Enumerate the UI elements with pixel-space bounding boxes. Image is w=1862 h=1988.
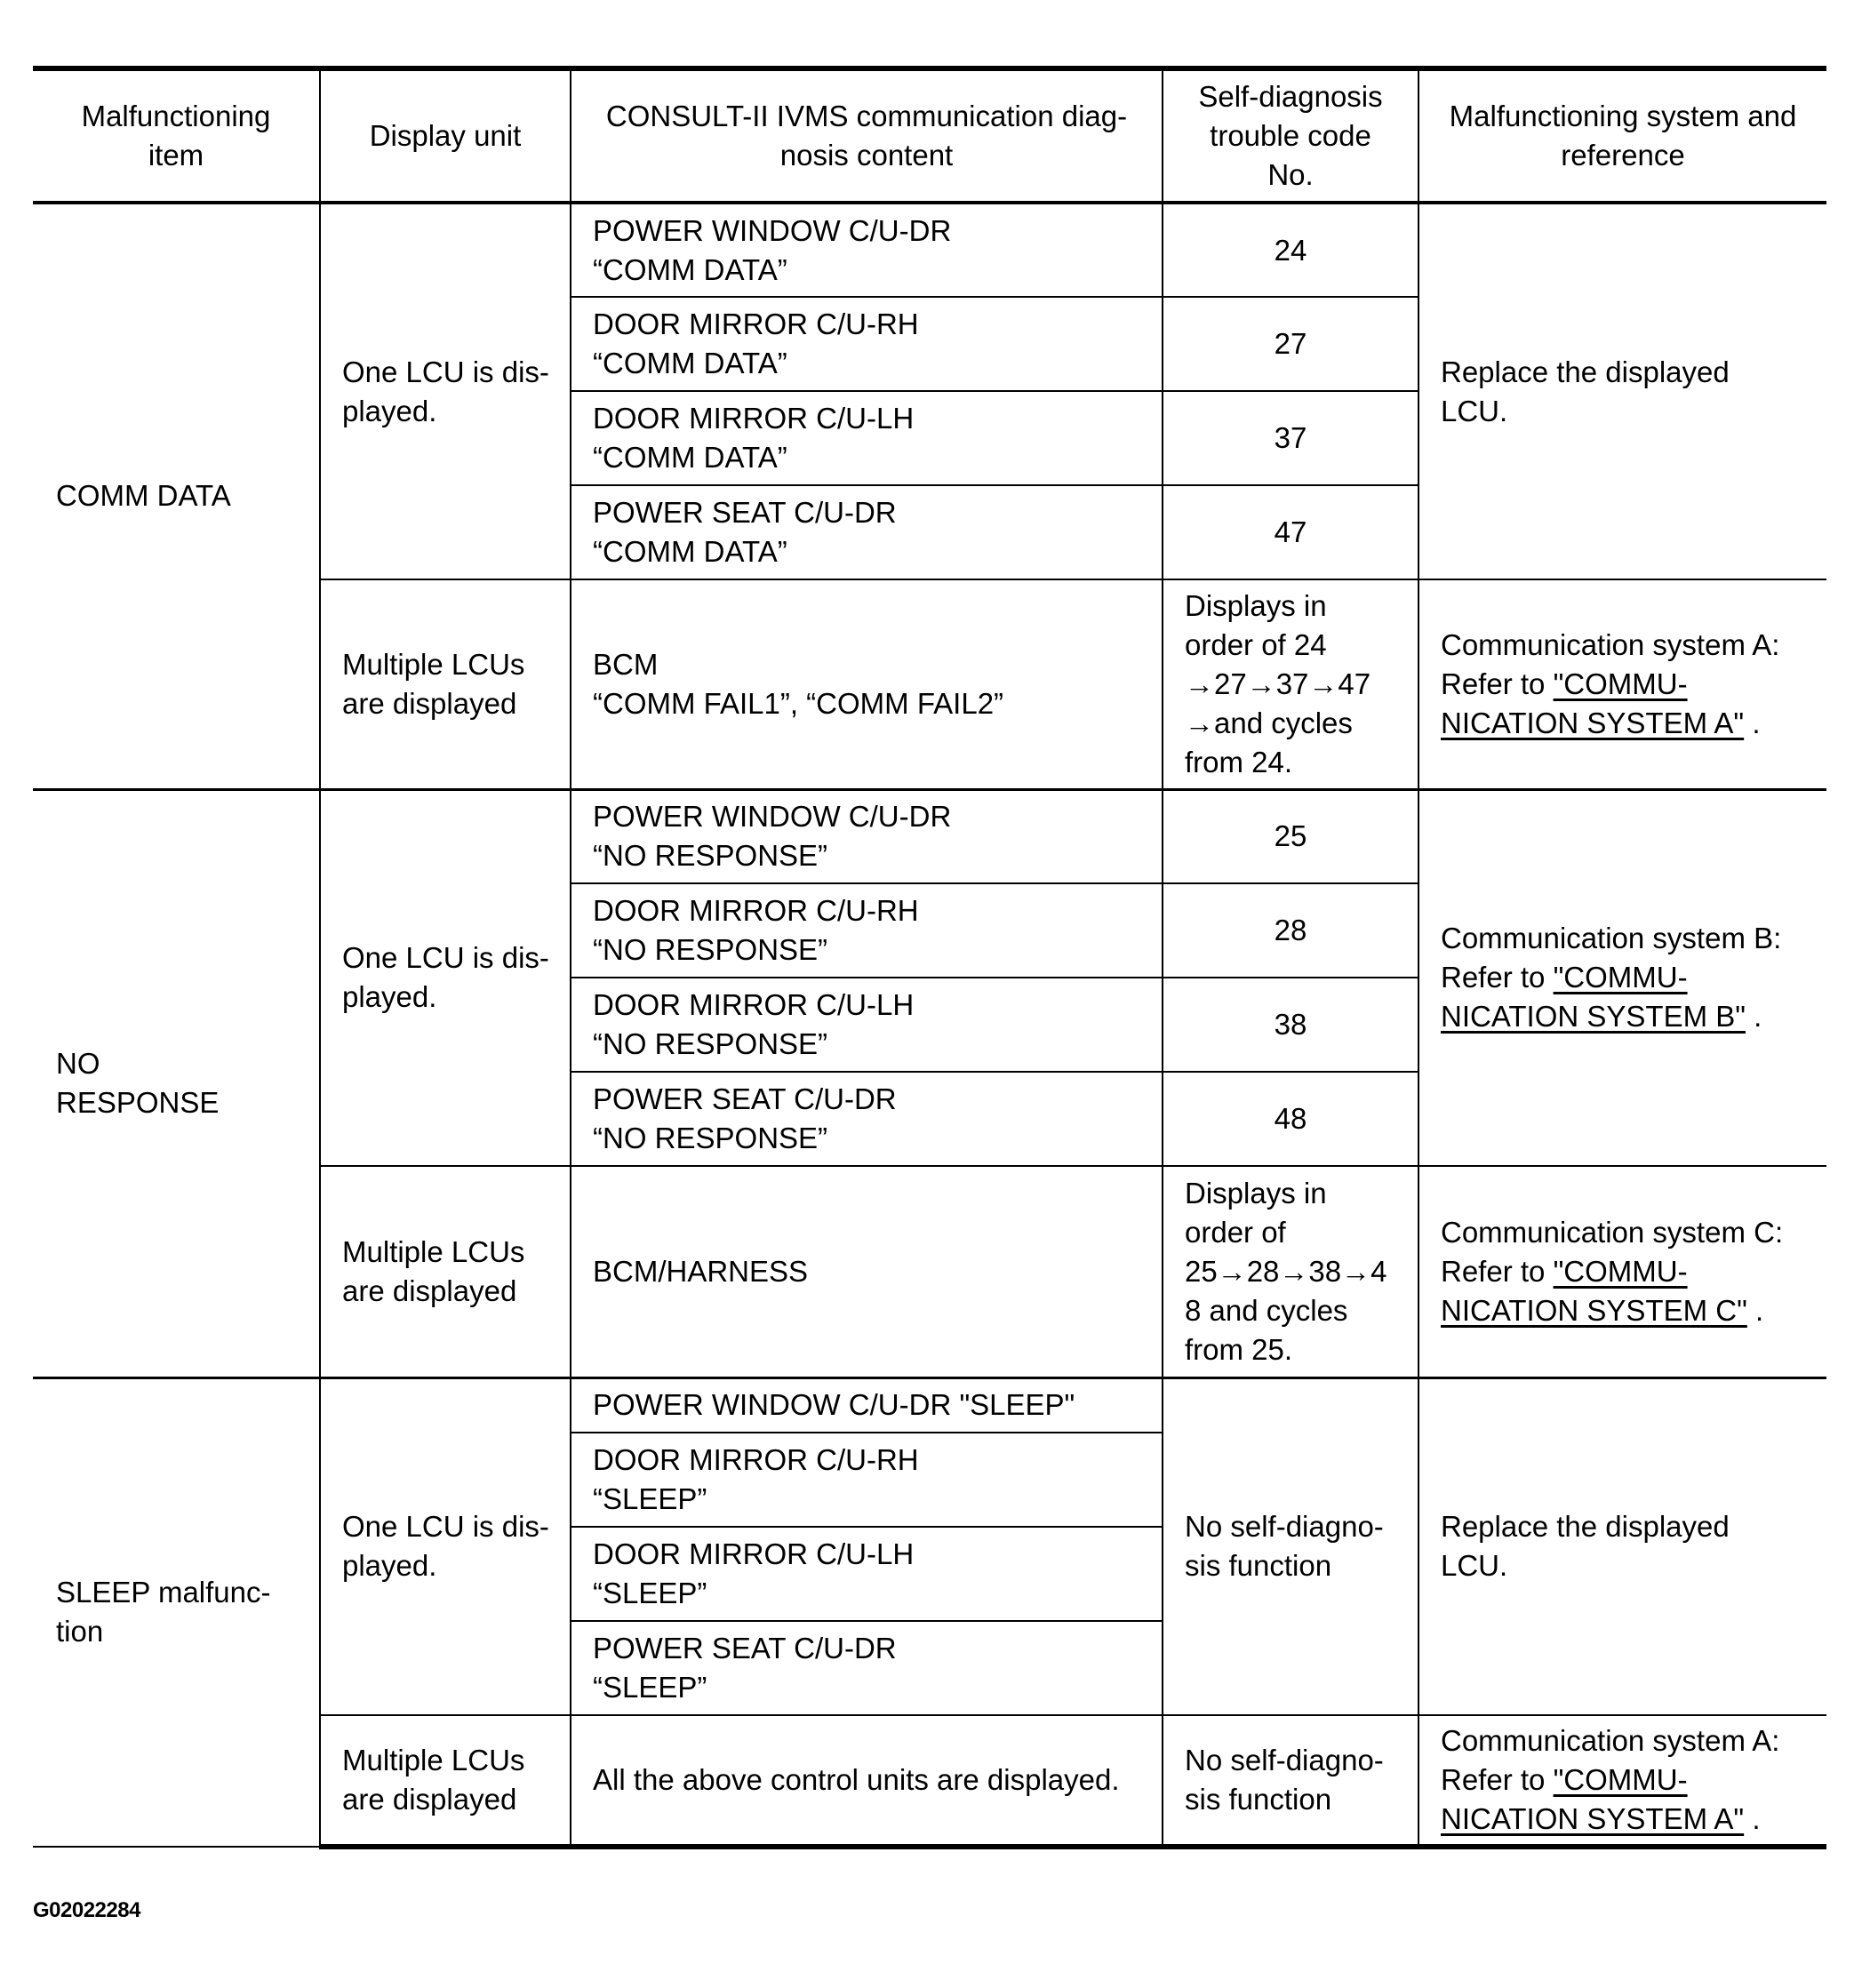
system-reference: Communication system C: Refer to "COMMU-… [1418, 1166, 1826, 1377]
diagnosis-table: Malfunctioning item Display unit CONSULT… [33, 66, 1826, 1849]
trouble-code-sequence: Displays in order of 25→28→38→4 8 and cy… [1163, 1166, 1418, 1377]
header-system-reference: Malfunctioning system and reference [1418, 68, 1826, 203]
table-row: COMM DATA One LCU is dis- played. POWER … [33, 203, 1826, 297]
table-row: SLEEP malfunc- tion One LCU is dis- play… [33, 1377, 1826, 1433]
diagnosis-content: POWER WINDOW C/U-DR "SLEEP" [571, 1377, 1163, 1433]
header-diagnosis-content: CONSULT-II IVMS communication diag- nosi… [571, 68, 1163, 203]
reference-suffix: . [1744, 707, 1760, 739]
diagnosis-content: DOOR MIRROR C/U-LH “SLEEP” [571, 1527, 1163, 1621]
system-reference: Communication system A: Refer to "COMMU-… [1418, 1715, 1826, 1847]
trouble-code: 28 [1163, 883, 1418, 978]
diagnosis-content: POWER SEAT C/U-DR “COMM DATA” [571, 485, 1163, 579]
trouble-code: 37 [1163, 391, 1418, 485]
trouble-code-none: No self-diagno- sis function [1163, 1715, 1418, 1847]
link-text-part-2[interactable]: NICATION SYSTEM B" [1441, 1000, 1746, 1033]
header-malfunctioning-item: Malfunctioning item [33, 68, 320, 203]
display-unit-multiple: Multiple LCUs are displayed [320, 1166, 571, 1377]
link-text-part-1[interactable]: "COMMU- [1554, 1763, 1688, 1796]
table-header-row: Malfunctioning item Display unit CONSULT… [33, 68, 1826, 203]
display-unit-multiple: Multiple LCUs are displayed [320, 579, 571, 789]
diagnosis-content: POWER WINDOW C/U-DR “NO RESPONSE” [571, 789, 1163, 883]
reference-suffix: . [1746, 1000, 1762, 1033]
trouble-code: 24 [1163, 203, 1418, 297]
link-text-part-1[interactable]: "COMMU- [1554, 961, 1688, 994]
link-text-part-2[interactable]: NICATION SYSTEM A" [1441, 707, 1744, 739]
diagnosis-content: DOOR MIRROR C/U-LH “COMM DATA” [571, 391, 1163, 485]
system-reference: Replace the displayed LCU. [1418, 203, 1826, 579]
system-reference: Communication system A: Refer to "COMMU-… [1418, 579, 1826, 789]
malfunction-item-sleep: SLEEP malfunc- tion [33, 1377, 320, 1847]
malfunction-item-comm-data: COMM DATA [33, 203, 320, 789]
system-reference: Replace the displayed LCU. [1418, 1377, 1826, 1715]
display-unit-one-lcu: One LCU is dis- played. [320, 789, 571, 1166]
display-unit-one-lcu: One LCU is dis- played. [320, 1377, 571, 1715]
diagnosis-content: POWER SEAT C/U-DR “NO RESPONSE” [571, 1072, 1163, 1166]
link-text-part-1[interactable]: "COMMU- [1554, 667, 1688, 700]
reference-suffix: . [1744, 1802, 1760, 1835]
figure-id: G02022284 [33, 1898, 140, 1923]
reference-suffix: . [1747, 1294, 1763, 1327]
diagnosis-content: POWER WINDOW C/U-DR “COMM DATA” [571, 203, 1163, 297]
diagnosis-content: All the above control units are displaye… [571, 1715, 1163, 1847]
diagnosis-content: DOOR MIRROR C/U-RH “SLEEP” [571, 1433, 1163, 1527]
header-display-unit: Display unit [320, 68, 571, 203]
trouble-code: 48 [1163, 1072, 1418, 1166]
link-text-part-2[interactable]: NICATION SYSTEM A" [1441, 1802, 1744, 1835]
malfunction-item-no-response: NO RESPONSE [33, 789, 320, 1377]
system-reference: Communication system B: Refer to "COMMU-… [1418, 789, 1826, 1166]
header-trouble-code: Self-diagnosis trouble code No. [1163, 68, 1418, 203]
diagnosis-content: BCM “COMM FAIL1”, “COMM FAIL2” [571, 579, 1163, 789]
trouble-code: 27 [1163, 297, 1418, 391]
trouble-code-none: No self-diagno- sis function [1163, 1377, 1418, 1715]
display-unit-one-lcu: One LCU is dis- played. [320, 203, 571, 579]
display-unit-multiple: Multiple LCUs are displayed [320, 1715, 571, 1847]
diagnosis-content: BCM/HARNESS [571, 1166, 1163, 1377]
trouble-code: 38 [1163, 978, 1418, 1072]
trouble-code: 47 [1163, 485, 1418, 579]
trouble-code-sequence: Displays in order of 24 →27→37→47 →and c… [1163, 579, 1418, 789]
diagnosis-content: DOOR MIRROR C/U-RH “NO RESPONSE” [571, 883, 1163, 978]
link-text-part-2[interactable]: NICATION SYSTEM C" [1441, 1294, 1747, 1327]
link-text-part-1[interactable]: "COMMU- [1554, 1255, 1688, 1288]
table-row: NO RESPONSE One LCU is dis- played. POWE… [33, 789, 1826, 883]
diagnosis-content: DOOR MIRROR C/U-LH “NO RESPONSE” [571, 978, 1163, 1072]
diagnosis-content: POWER SEAT C/U-DR “SLEEP” [571, 1621, 1163, 1715]
trouble-code: 25 [1163, 789, 1418, 883]
diagnosis-content: DOOR MIRROR C/U-RH “COMM DATA” [571, 297, 1163, 391]
